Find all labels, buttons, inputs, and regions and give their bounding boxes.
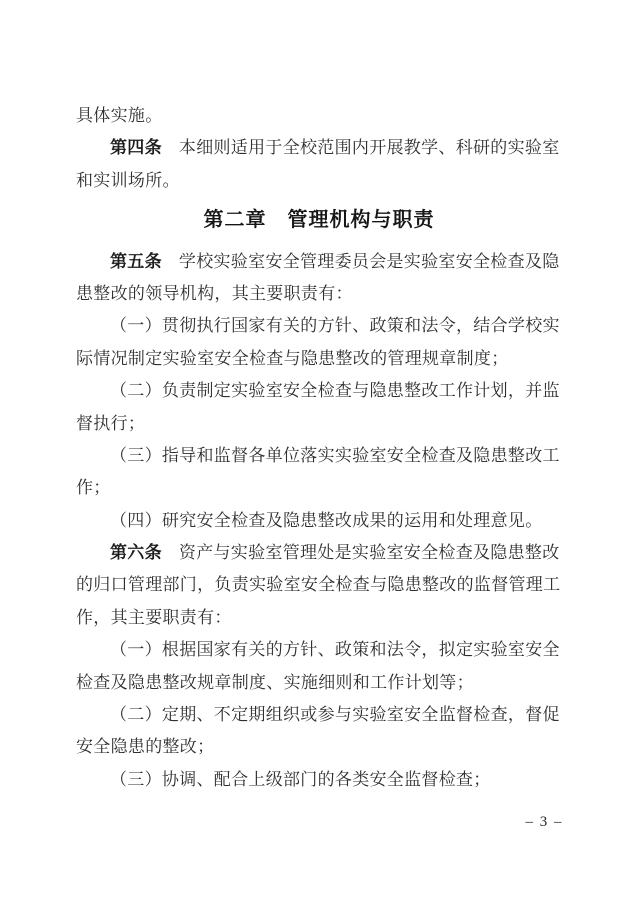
text-line: 第六条资产与实验室管理处是实验室安全检查及隐患整改 — [76, 537, 562, 569]
text-line: 具体实施。 — [76, 100, 562, 132]
text-line: 第四条本细则适用于全校范围内开展教学、科研的实验室 — [76, 132, 562, 164]
text-line: （二）负责制定实验室安全检查与隐患整改工作计划，并监 — [76, 375, 562, 407]
line-text: 督执行； — [76, 414, 145, 433]
text-line: （四）研究安全检查及隐患整改成果的运用和处理意见。 — [76, 505, 562, 537]
text-line: 督执行； — [76, 408, 562, 440]
article-number: 第四条 — [110, 138, 162, 157]
line-text: （一）贯彻执行国家有关的方针、政策和法令，结合学校实 — [110, 316, 560, 335]
text-line: （三）协调、配合上级部门的各类安全监督检查； — [76, 764, 562, 796]
chapter-heading: 第二章 管理机构与职责 — [76, 204, 562, 236]
text-line: （一）根据国家有关的方针、政策和法令，拟定实验室安全 — [76, 634, 562, 666]
line-text: 和实训场所。 — [76, 171, 180, 190]
text-line: 安全隐患的整改； — [76, 731, 562, 763]
text-line: 际情况制定实验室安全检查与隐患整改的管理规章制度； — [76, 343, 562, 375]
line-text: 际情况制定实验室安全检查与隐患整改的管理规章制度； — [76, 349, 509, 368]
text-line: 第五条学校实验室安全管理委员会是实验室安全检查及隐 — [76, 246, 562, 278]
line-text: 资产与实验室管理处是实验室安全检查及隐患整改 — [179, 543, 560, 562]
line-text: （二）负责制定实验室安全检查与隐患整改工作计划，并监 — [110, 381, 560, 400]
line-text: 本细则适用于全校范围内开展教学、科研的实验室 — [179, 138, 560, 157]
line-text: 的归口管理部门，负责实验室安全检查与隐患整改的监督管理工 — [76, 575, 560, 594]
line-text: 安全隐患的整改； — [76, 737, 214, 756]
line-text: 学校实验室安全管理委员会是实验室安全检查及隐 — [179, 252, 560, 271]
line-text: 具体实施。 — [76, 106, 163, 125]
line-text: （三）指导和监督各单位落实实验室安全检查及隐患整改工 — [110, 446, 560, 465]
line-text: 第二章 管理机构与职责 — [204, 209, 435, 231]
line-text: （三）协调、配合上级部门的各类安全监督检查； — [110, 770, 491, 789]
text-line: （三）指导和监督各单位落实实验室安全检查及隐患整改工 — [76, 440, 562, 472]
line-text: 作，其主要职责有： — [76, 608, 232, 627]
article-number: 第六条 — [110, 543, 162, 562]
article-number: 第五条 — [110, 252, 162, 271]
text-line: 和实训场所。 — [76, 165, 562, 197]
page-number: – 3 – — [526, 814, 564, 831]
line-text: 患整改的领导机构，其主要职责有： — [76, 284, 353, 303]
line-text: 检查及隐患整改规章制度、实施细则和工作计划等； — [76, 673, 474, 692]
text-line: （一）贯彻执行国家有关的方针、政策和法令，结合学校实 — [76, 310, 562, 342]
document-page: 具体实施。第四条本细则适用于全校范围内开展教学、科研的实验室和实训场所。第二章 … — [0, 0, 638, 902]
text-line: 的归口管理部门，负责实验室安全检查与隐患整改的监督管理工 — [76, 569, 562, 601]
text-line: 患整改的领导机构，其主要职责有： — [76, 278, 562, 310]
line-text: （一）根据国家有关的方针、政策和法令，拟定实验室安全 — [110, 640, 560, 659]
text-line: 作； — [76, 472, 562, 504]
document-body: 具体实施。第四条本细则适用于全校范围内开展教学、科研的实验室和实训场所。第二章 … — [76, 100, 562, 796]
text-line: （二）定期、不定期组织或参与实验室安全监督检查，督促 — [76, 699, 562, 731]
text-line: 检查及隐患整改规章制度、实施细则和工作计划等； — [76, 667, 562, 699]
line-text: （二）定期、不定期组织或参与实验室安全监督检查，督促 — [110, 705, 560, 724]
line-text: （四）研究安全检查及隐患整改成果的运用和处理意见。 — [110, 511, 543, 530]
text-line: 作，其主要职责有： — [76, 602, 562, 634]
line-text: 作； — [76, 478, 111, 497]
